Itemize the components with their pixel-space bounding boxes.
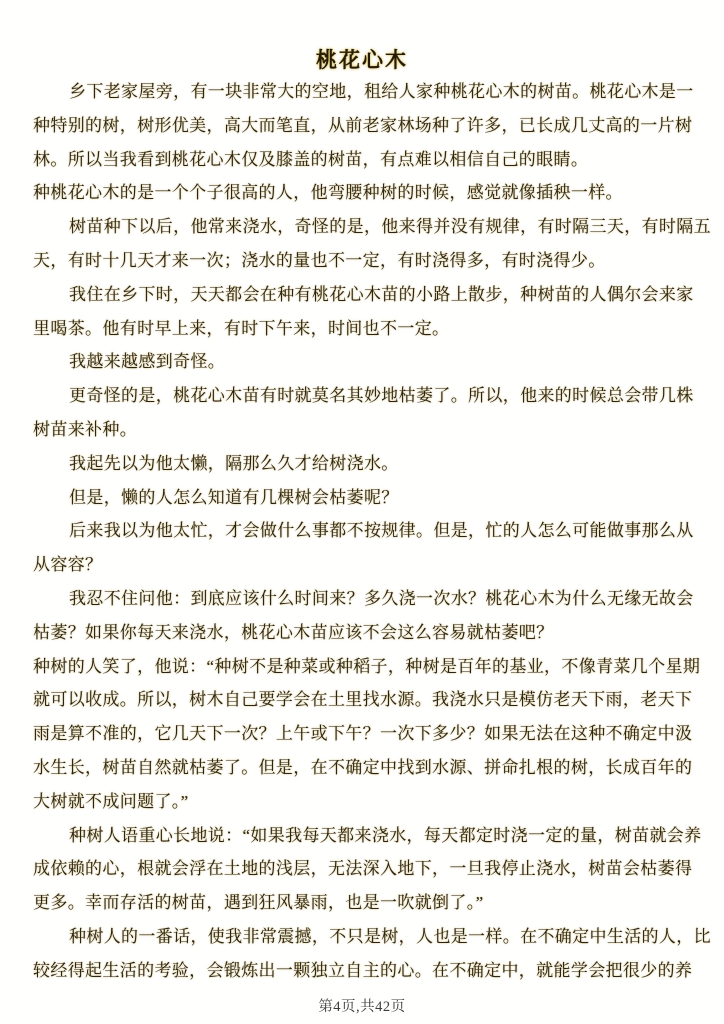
text-line: 更多。幸而存活的树苗，遇到狂风暴雨，也是一吹就倒了。” bbox=[33, 886, 693, 920]
text-line: 更奇怪的是，桃花心木苗有时就莫名其妙地枯萎了。所以，他来的时候总会带几株 bbox=[33, 379, 693, 413]
document-title: 桃花心木 bbox=[0, 44, 724, 74]
text-line: 树苗种下以后，他常来浇水，奇怪的是，他来得并没有规律，有时隔三天，有时隔五 bbox=[33, 210, 693, 244]
text-line: 枯萎？如果你每天来浇水，桃花心木苗应该不会这么容易就枯萎吧？ bbox=[33, 616, 693, 650]
text-line: 种树的人笑了，他说：“种树不是种菜或种稻子，种树是百年的基业，不像青菜几个星期 bbox=[33, 650, 693, 684]
text-line: 成依赖的心，根就会浮在土地的浅层，无法深入地下，一旦我停止浇水，树苗会枯萎得 bbox=[33, 852, 693, 886]
text-line: 种特别的树，树形优美，高大而笔直，从前老家林场种了许多，已长成几丈高的一片树 bbox=[33, 109, 693, 143]
text-line: 较经得起生活的考验，会锻炼出一颗独立自主的心。在不确定中，就能学会把很少的养 bbox=[33, 954, 693, 988]
text-line: 种桃花心木的是一个个子很高的人，他弯腰种树的时候，感觉就像插秧一样。 bbox=[33, 176, 693, 210]
text-line: 我住在乡下时，天天都会在种有桃花心木苗的小路上散步，种树苗的人偶尔会来家 bbox=[33, 278, 693, 312]
text-line: 树苗来补种。 bbox=[33, 413, 693, 447]
text-line: 里喝茶。他有时早上来，有时下午来，时间也不一定。 bbox=[33, 312, 693, 346]
text-line: 但是，懒的人怎么知道有几棵树会枯萎呢？ bbox=[33, 481, 693, 515]
text-line: 乡下老家屋旁，有一块非常大的空地，租给人家种桃花心木的树苗。桃花心木是一 bbox=[33, 75, 693, 109]
text-line: 我忍不住问他：到底应该什么时间来？多久浇一次水？桃花心木为什么无缘无故会 bbox=[33, 582, 693, 616]
document-page: 桃花心木 乡下老家屋旁，有一块非常大的空地，租给人家种桃花心木的树苗。桃花心木是… bbox=[0, 0, 724, 1024]
document-body: 乡下老家屋旁，有一块非常大的空地，租给人家种桃花心木的树苗。桃花心木是一 种特别… bbox=[33, 75, 693, 988]
text-line: 大树就不成问题了。” bbox=[33, 785, 693, 819]
text-line: 就可以收成。所以，树木自己要学会在土里找水源。我浇水只是模仿老天下雨，老天下 bbox=[33, 683, 693, 717]
text-line: 我越来越感到奇怪。 bbox=[33, 345, 693, 379]
text-line: 后来我以为他太忙，才会做什么事都不按规律。但是，忙的人怎么可能做事那么从 bbox=[33, 514, 693, 548]
text-line: 林。所以当我看到桃花心木仅及膝盖的树苗，有点难以相信自己的眼睛。 bbox=[33, 143, 693, 177]
text-line: 水生长，树苗自然就枯萎了。但是，在不确定中找到水源、拼命扎根的树，长成百年的 bbox=[33, 751, 693, 785]
text-line: 天，有时十几天才来一次；浇水的量也不一定，有时浇得多，有时浇得少。 bbox=[33, 244, 693, 278]
text-line: 雨是算不准的，它几天下一次？上午或下午？一次下多少？如果无法在这种不确定中汲 bbox=[33, 717, 693, 751]
text-line: 种树人的一番话，使我非常震撼，不只是树，人也是一样。在不确定中生活的人，比 bbox=[33, 920, 693, 954]
text-line: 种树人语重心长地说：“如果我每天都来浇水，每天都定时浇一定的量，树苗就会养 bbox=[33, 819, 693, 853]
text-line: 从容容？ bbox=[33, 548, 693, 582]
page-number: 第4页,共42页 bbox=[0, 995, 724, 1016]
text-line: 我起先以为他太懒，隔那么久才给树浇水。 bbox=[33, 447, 693, 481]
